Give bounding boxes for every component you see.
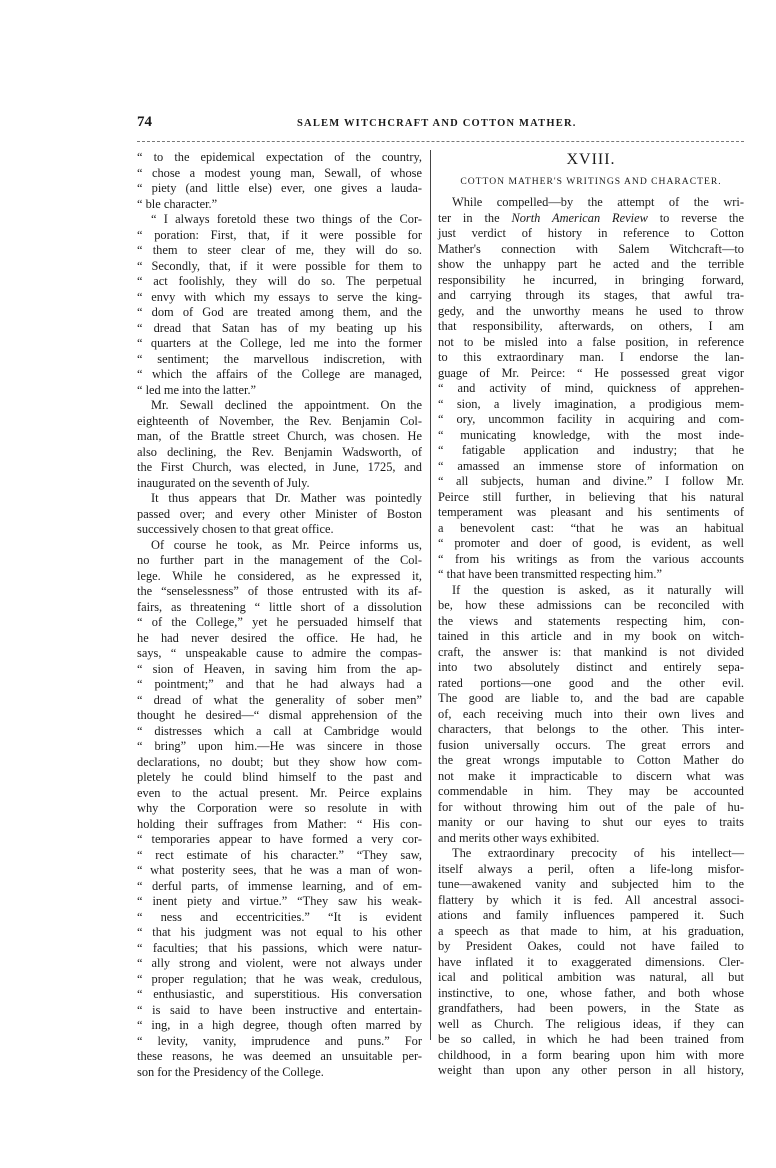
text-line: son for the Presidency of the College. xyxy=(137,1065,422,1081)
text-line: “ temporaries appear to have formed a ve… xyxy=(137,832,422,848)
chapter-title: COTTON MATHER'S WRITINGS AND CHARACTER. xyxy=(438,174,744,190)
text-line: not to be misled into a false position, … xyxy=(438,335,744,351)
text-line: the views and statements respecting him,… xyxy=(438,614,744,630)
text-line: characters, that belongs to the other. T… xyxy=(438,722,744,738)
text-line: “ faculties; that his passions, which we… xyxy=(137,941,422,957)
text-line: ical and political ambition was natural,… xyxy=(438,970,744,986)
text-line: manity or our having to shut our eyes to… xyxy=(438,815,744,831)
text-line: thought he desired—“ dismal apprehension… xyxy=(137,708,422,724)
right-column: XVIII. COTTON MATHER'S WRITINGS AND CHAR… xyxy=(438,150,744,1079)
text-line: guage of Mr. Peirce: “ He possessed grea… xyxy=(438,366,744,382)
text-line: “ fatigable application and industry; th… xyxy=(438,443,744,459)
text-line: “ rect estimate of his character.” “They… xyxy=(137,848,422,864)
text-line: the “senselessness” of those entrusted w… xyxy=(137,584,422,600)
text-line: not make it impracticable to discern wha… xyxy=(438,769,744,785)
text-line: man, of the Brattle street Church, was c… xyxy=(137,429,422,445)
text-line: instinctive, to one, whose father, and b… xyxy=(438,986,744,1002)
text-line: While compelled—by the attempt of the wr… xyxy=(438,195,744,211)
text-line: eighteenth of November, the Rev. Benjami… xyxy=(137,414,422,430)
text-line: “ ble character.” xyxy=(137,197,422,213)
text-line: show the unhappy part he acted and the t… xyxy=(438,257,744,273)
text-line: by President Oakes, could not have faile… xyxy=(438,939,744,955)
text-line: childhood, in a form bearing upon him wi… xyxy=(438,1048,744,1064)
text-line: says, “ unspeakable cause to admire the … xyxy=(137,646,422,662)
text-line: “ ing, in a high degree, though often ma… xyxy=(137,1018,422,1034)
text-line: and carrying through its stages, that aw… xyxy=(438,288,744,304)
text-line: even to the actual present. Mr. Peirce e… xyxy=(137,786,422,802)
text-line: “ municating knowledge, with the most in… xyxy=(438,428,744,444)
text-line: “ act foolishly, they will do so. The pe… xyxy=(137,274,422,290)
text-line: weight than upon any other person in all… xyxy=(438,1063,744,1079)
text-line: of, each receiving much into their own l… xyxy=(438,707,744,723)
text-line: “ all subjects, human and divine.” I fol… xyxy=(438,474,744,490)
text-line: “ to the epidemical expectation of the c… xyxy=(137,150,422,166)
text-line: Mather's connection with Salem Witchcraf… xyxy=(438,242,744,258)
text-line: “ sion, a lively imagination, a prodigio… xyxy=(438,397,744,413)
text-line: temperament was pleasant and his sentime… xyxy=(438,505,744,521)
text-line: “ bring” upon him.—He was sincere in tho… xyxy=(137,739,422,755)
text-line: “ which the affairs of the College are m… xyxy=(137,367,422,383)
page-number: 74 xyxy=(137,114,152,131)
text-line: craft, the answer is: that mankind is no… xyxy=(438,645,744,661)
text-line: “ levity, vanity, imprudence and puns.” … xyxy=(137,1034,422,1050)
text-line: “ sion of Heaven, in saving him from the… xyxy=(137,662,422,678)
column-divider xyxy=(430,150,431,1040)
text-line: tune—awakened vanity and subjected him t… xyxy=(438,877,744,893)
text-line: “ dread that Satan has of my beating up … xyxy=(137,321,422,337)
text-line: commendable in him. They may be accounte… xyxy=(438,784,744,800)
text-line: he had never desired the office. He had,… xyxy=(137,631,422,647)
text-line: “ what posterity sees, that he was a man… xyxy=(137,863,422,879)
text-line: pletely he could blind himself to the pa… xyxy=(137,770,422,786)
text-line: Of course he took, as Mr. Peirce informs… xyxy=(137,538,422,554)
text-line: “ inent piety and virtue.” “They saw his… xyxy=(137,894,422,910)
text-line: a speech as that made to him, at his gra… xyxy=(438,924,744,940)
text-line: “ led me into the latter.” xyxy=(137,383,422,399)
text-line: “ chose a modest young man, Sewall, of w… xyxy=(137,166,422,182)
text-line: well as Church. The religious ideas, if … xyxy=(438,1017,744,1033)
text-line: why the Corporation were so resolute in … xyxy=(137,801,422,817)
text-line: “ ory, uncommon facility in acquiring an… xyxy=(438,412,744,428)
text-line: to this extraordinary man. I endorse the… xyxy=(438,350,744,366)
text-line: fairs, as threatening “ little short of … xyxy=(137,600,422,616)
text-line: successively chosen to that great office… xyxy=(137,522,422,538)
text-line: fusion universally occurs. The great err… xyxy=(438,738,744,754)
text-line: “ ness and eccentricities.” “It is evide… xyxy=(137,910,422,926)
text-line: “ amassed an immense store of informatio… xyxy=(438,459,744,475)
text-line: itself always a peril, often a life-long… xyxy=(438,862,744,878)
text-line: ations and family influences pampered it… xyxy=(438,908,744,924)
text-line: “ that have been transmitted respecting … xyxy=(438,567,744,583)
text-line: Peirce still further, in believing that … xyxy=(438,490,744,506)
text-line: “ enthusiastic, and superstitious. His c… xyxy=(137,987,422,1003)
text-line: “ I always foretold these two things of … xyxy=(137,212,422,228)
text-line: no further part in the management of the… xyxy=(137,553,422,569)
text-line: If the question is asked, as it naturall… xyxy=(438,583,744,599)
text-line: inaugurated on the seventh of July. xyxy=(137,476,422,492)
text-line: also declining, the Rev. Benjamin Wadswo… xyxy=(137,445,422,461)
text-line: for without throwing him out of the pale… xyxy=(438,800,744,816)
text-line: the great wrongs imputable to Cotton Mat… xyxy=(438,753,744,769)
text-line: declarations, no doubt; but they show ho… xyxy=(137,755,422,771)
left-column: “ to the epidemical expectation of the c… xyxy=(137,150,422,1080)
text-line: lege. While he considered, as he express… xyxy=(137,569,422,585)
text-line: “ ally strong and violent, were not alwa… xyxy=(137,956,422,972)
text-line: responsibility he incurred, in bringing … xyxy=(438,273,744,289)
text-line: passed over; and every other Minister of… xyxy=(137,507,422,523)
text-line: “ dread of what the generality of sober … xyxy=(137,693,422,709)
text-line: The extraordinary precocity of his intel… xyxy=(438,846,744,862)
text-line: “ quarters at the College, led me into t… xyxy=(137,336,422,352)
text-line: be so called, in which he had been train… xyxy=(438,1032,744,1048)
text-line: “ distresses which a call at Cambridge w… xyxy=(137,724,422,740)
text-line: grandfathers, had been powers, in the St… xyxy=(438,1001,744,1017)
running-head: SALEM WITCHCRAFT AND COTTON MATHER. xyxy=(297,118,577,129)
text-line: these reasons, he was deemed an unsuitab… xyxy=(137,1049,422,1065)
text-line: “ dom of God are treated among them, and… xyxy=(137,305,422,321)
text-line: “ poration: First, that, if it were poss… xyxy=(137,228,422,244)
text-line: The good are liable to, and the bad are … xyxy=(438,691,744,707)
text-line: “ them to steer clear of me, they will d… xyxy=(137,243,422,259)
text-line: a benevolent cast: “that he was an habit… xyxy=(438,521,744,537)
header-rule xyxy=(137,141,744,142)
text-line: “ from his writings as from the various … xyxy=(438,552,744,568)
text-line: have inflated it to exaggerated dimensio… xyxy=(438,955,744,971)
text-line: “ sentiment; the marvellous indiscretion… xyxy=(137,352,422,368)
text-line: Mr. Sewall declined the appointment. On … xyxy=(137,398,422,414)
text-line: “ envy with which my essays to serve the… xyxy=(137,290,422,306)
chapter-number: XVIII. xyxy=(438,152,744,168)
text-line: ter in the North American Review to reve… xyxy=(438,211,744,227)
text-line: holding their suffrages from Mather: “ H… xyxy=(137,817,422,833)
text-line: gedy, and the unworthy means he used to … xyxy=(438,304,744,320)
text-line: “ and activity of mind, quickness of app… xyxy=(438,381,744,397)
text-line: the First Church, was elected, in June, … xyxy=(137,460,422,476)
text-line: be, how these admissions can be reconcil… xyxy=(438,598,744,614)
text-line: into two absolutely distinct and entirel… xyxy=(438,660,744,676)
text-line: rated portions—one good and the other ev… xyxy=(438,676,744,692)
text-line: “ proper regulation; that he was weak, c… xyxy=(137,972,422,988)
text-line: tained in this article and in my book on… xyxy=(438,629,744,645)
text-line: “ derful parts, of immense learning, and… xyxy=(137,879,422,895)
text-line: that responsibility, afterwards, on othe… xyxy=(438,319,744,335)
text-line: just verdict of history in reference to … xyxy=(438,226,744,242)
text-line: “ is said to have been instructive and e… xyxy=(137,1003,422,1019)
text-line: “ pointment;” and that he had always had… xyxy=(137,677,422,693)
text-line: and merits other ways exhibited. xyxy=(438,831,744,847)
text-line: “ that his judgment was not equal to his… xyxy=(137,925,422,941)
text-line: flattery by which it is fed. All ancestr… xyxy=(438,893,744,909)
text-line: “ piety (and little else) ever, one give… xyxy=(137,181,422,197)
text-line: “ of the College,” yet he persuaded hims… xyxy=(137,615,422,631)
text-line: “ promoter and doer of good, is evident,… xyxy=(438,536,744,552)
text-line: “ Secondly, that, if it were possible fo… xyxy=(137,259,422,275)
text-line: It thus appears that Dr. Mather was poin… xyxy=(137,491,422,507)
